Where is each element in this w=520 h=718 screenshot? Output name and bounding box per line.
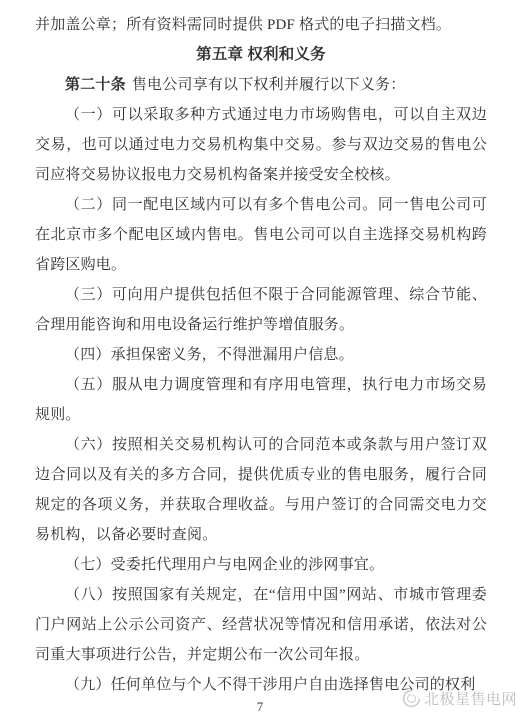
list-item-6: （六）按照相关交易机构认可的合同范本或条款与用户签订双边合同以及有关的多方合同，… xyxy=(35,430,487,550)
list-item-4: （四）承担保密义务，不得泄漏用户信息。 xyxy=(35,340,487,370)
list-item-3: （三）可向用户提供包括但不限于合同能源管理、综合节能、合理用能咨询和用电设备运行… xyxy=(35,280,487,340)
chapter-heading: 第五章 权利和义务 xyxy=(35,40,487,70)
list-item-1: （一）可以采取多种方式通过电力市场购售电，可以自主双边交易，也可以通过电力交易机… xyxy=(35,100,487,190)
intro-continuation-line: 并加盖公章；所有资料需同时提供 PDF 格式的电子扫描文档。 xyxy=(35,10,487,40)
list-item-8: （八）按照国家有关规定，在“信用中国”网站、市城市管理委门户网站上公示公司资产、… xyxy=(35,580,487,670)
list-item-2: （二）同一配电区域内可以有多个售电公司。同一售电公司可在北京市多个配电区域内售电… xyxy=(35,190,487,280)
list-item-5: （五）服从电力调度管理和有序用电管理，执行电力市场交易规则。 xyxy=(35,370,487,430)
article-text: 售电公司享有以下权利并履行以下义务： xyxy=(132,77,406,93)
list-item-7: （七）受委托代理用户与电网企业的涉网事宜。 xyxy=(35,550,487,580)
watermark-text: 北极星售电网 xyxy=(424,688,517,709)
article-number-label: 第二十条 xyxy=(65,77,126,93)
document-page: 并加盖公章；所有资料需同时提供 PDF 格式的电子扫描文档。 第五章 权利和义务… xyxy=(35,10,487,700)
article-paragraph: 第二十条售电公司享有以下权利并履行以下义务： xyxy=(35,70,487,100)
watermark-swirl-logo-icon xyxy=(401,688,422,709)
watermark: 北极星售电网 xyxy=(401,688,517,709)
